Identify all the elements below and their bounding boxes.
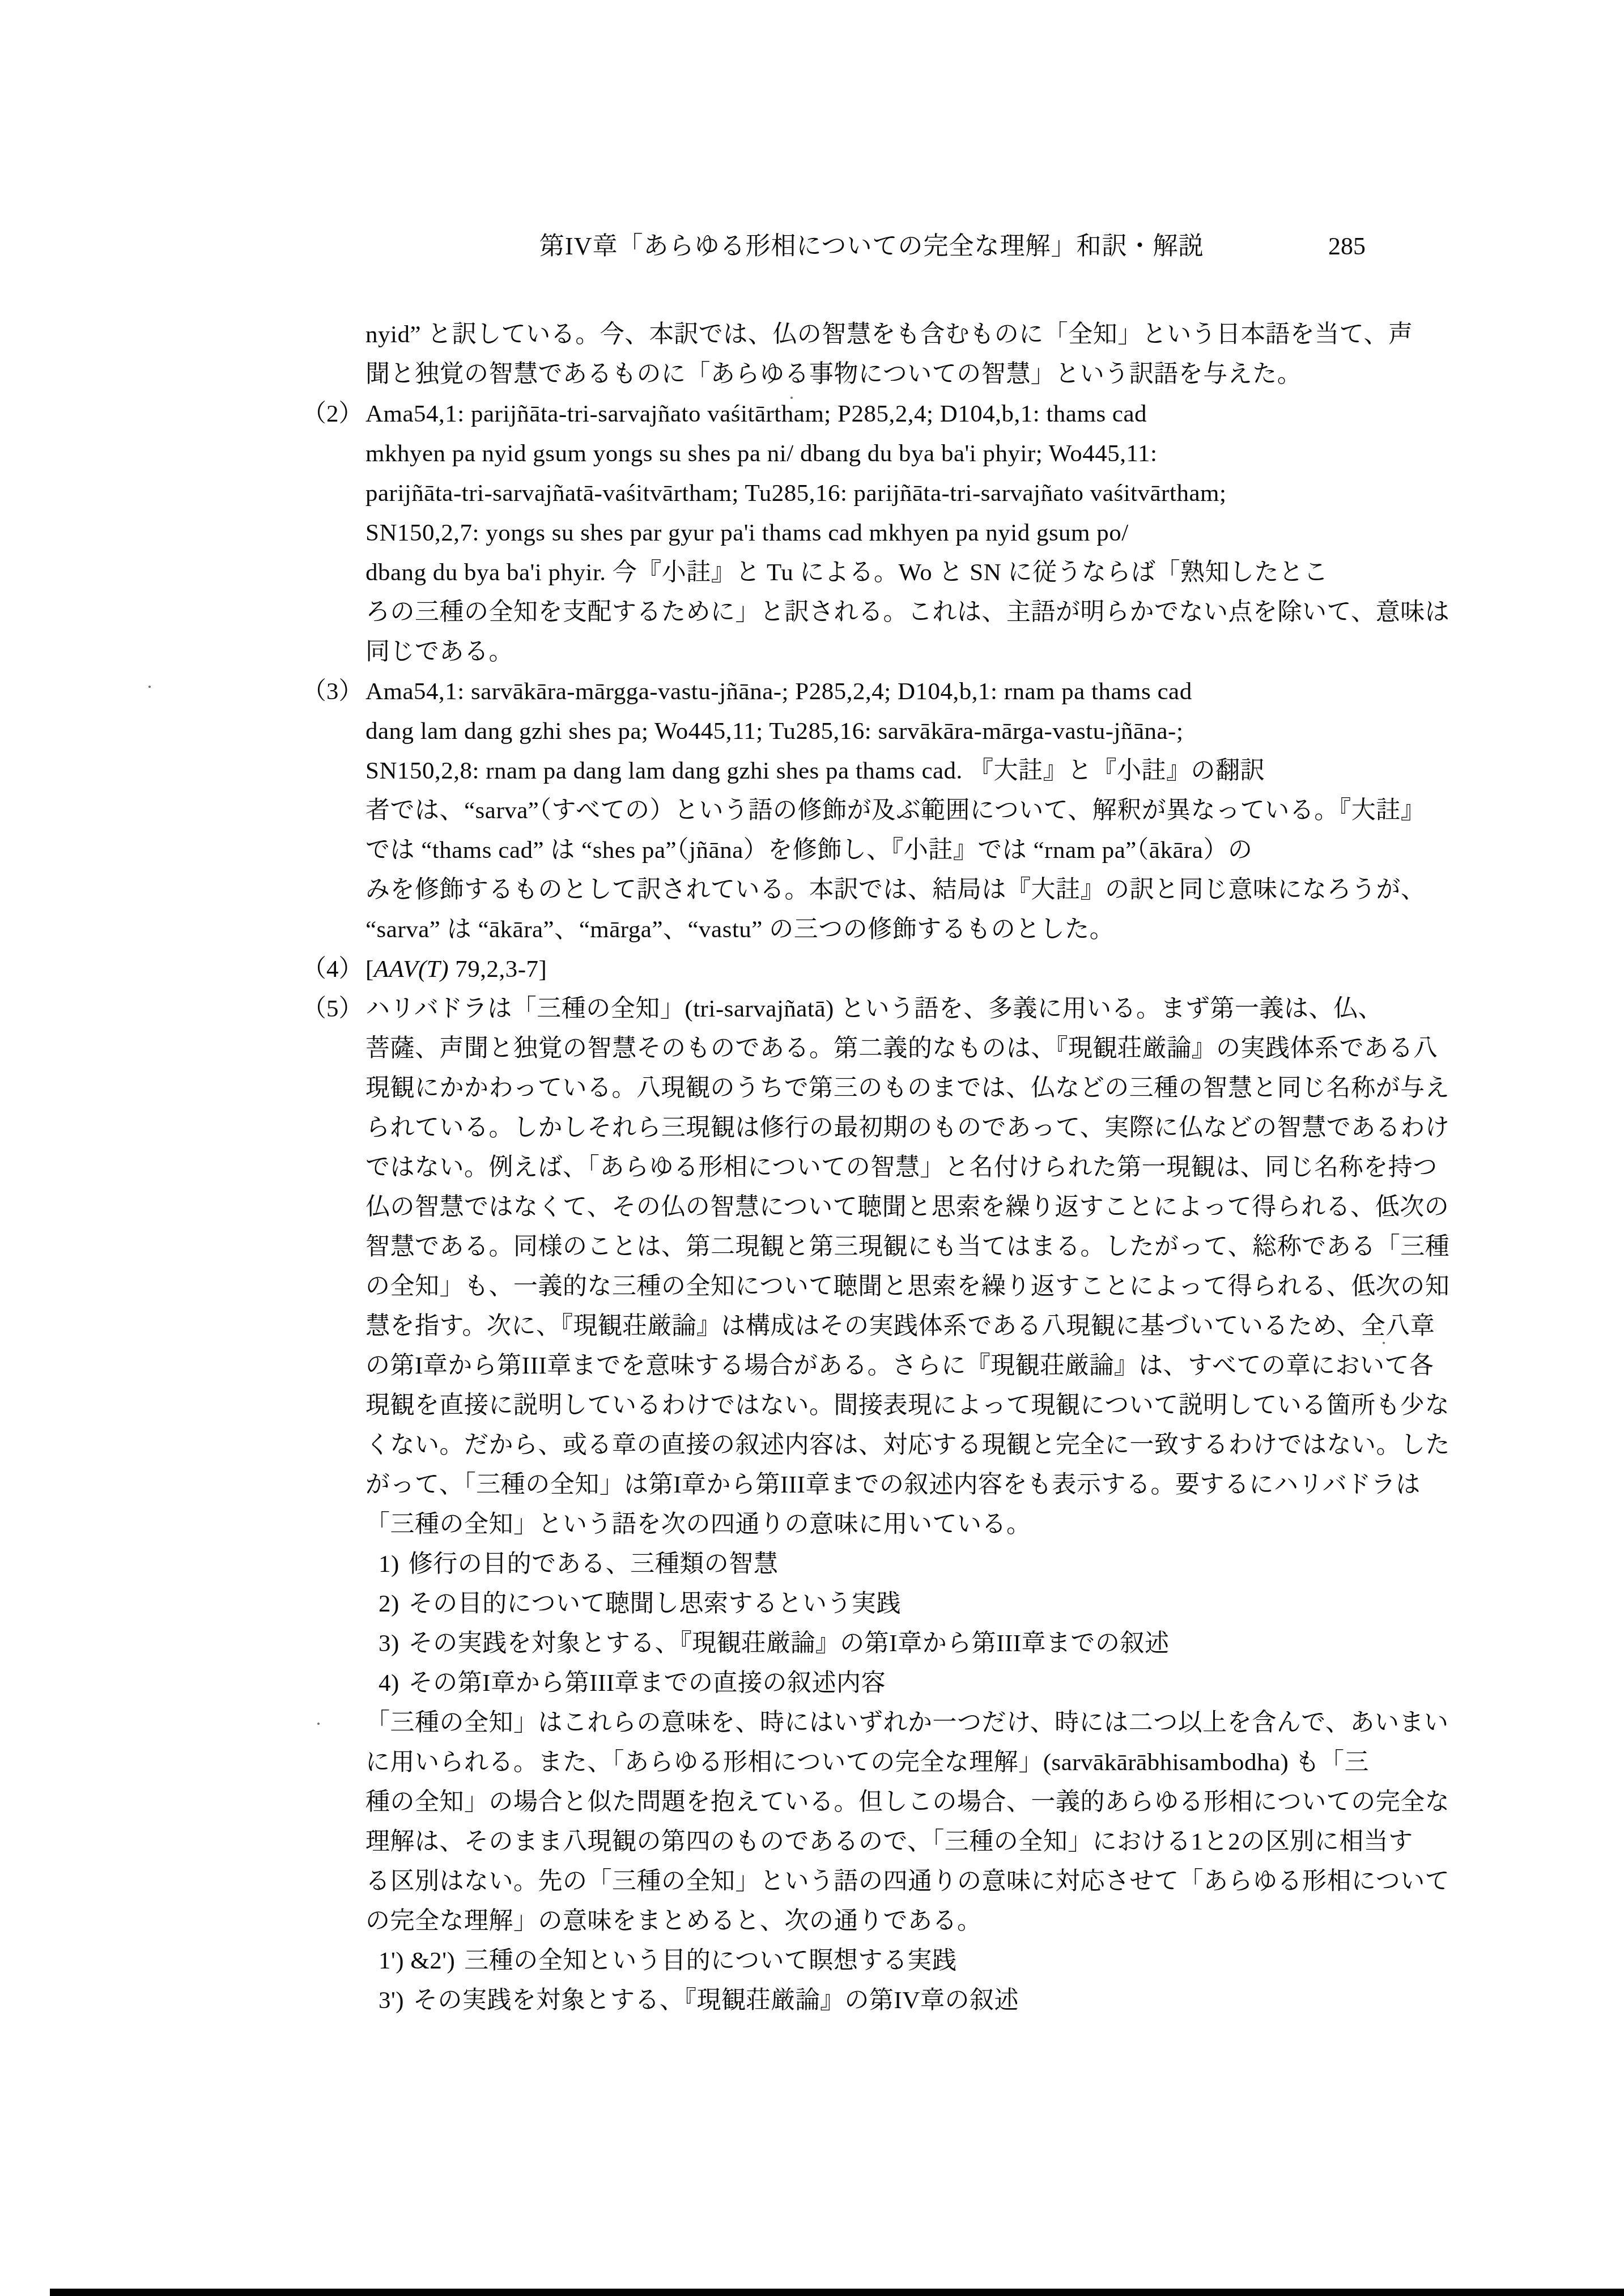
page-body: nyid” と訳している。今、本訳では、仏の智慧をも含むものに「全知」という日本… <box>0 315 1624 2021</box>
footnote1-continuation-line: nyid” と訳している。今、本訳では、仏の智慧をも含むものに「全知」という日本… <box>0 315 1624 355</box>
footnote3-line: “sarva” は “ākāra”、“mārga”、“vastu” の三つの修飾… <box>0 910 1624 950</box>
footnote5-line: 智慧である。同様のことは、第二現観と第三現観にも当てはまる。したがって、総称であ… <box>0 1227 1624 1267</box>
footnote2-line: dbang du bya ba'i phyir. 今『小註』と Tu による。W… <box>0 553 1624 593</box>
footnote3-line: （3）Ama54,1: sarvākāra-mārgga-vastu-jñāna… <box>0 672 1624 712</box>
footnote3-line: 者では、“sarva”（すべての）という語の修飾が及ぶ範囲について、解釈が異なっ… <box>0 791 1624 831</box>
closing-paragraph-line: 理解は、そのまま八現観の第四のものであるので、「三種の全知」における1と2の区別… <box>0 1822 1624 1862</box>
footnote5-line: がって、「三種の全知」は第I章から第III章までの叙述内容をも表示する。要するに… <box>0 1465 1624 1505</box>
footnote4-line: （4）[AAV(T) 79,2,3-7] <box>0 950 1624 989</box>
meaning-list-number: 4) <box>379 1664 399 1703</box>
footnote3-line: dang lam dang gzhi shes pa; Wo445,11; Tu… <box>0 712 1624 751</box>
closing-paragraph-line: 種の全知」の場合と似た問題を抱えている。但しこの場合、一義的あらゆる形相について… <box>0 1783 1624 1822</box>
footnote3-line: SN150,2,8: rnam pa dang lam dang gzhi sh… <box>0 751 1624 791</box>
scan-speck <box>148 686 151 688</box>
footnote5-line: くない。だから、或る章の直接の叙述内容は、対応する現観と完全に一致するわけではな… <box>0 1426 1624 1465</box>
meaning-list-item: 4)その第I章から第III章までの直接の叙述内容 <box>0 1664 1624 1703</box>
footnote2-label: （2） <box>302 394 363 434</box>
meaning-list-number: 2) <box>379 1584 399 1624</box>
meaning-list-text: 修行の目的である、三種類の智慧 <box>409 1551 779 1578</box>
chapter-title: 第IV章「あらゆる形相についての完全な理解」和訳・解説 <box>539 229 1204 264</box>
meaning-list-item: 1)修行の目的である、三種類の智慧 <box>0 1545 1624 1584</box>
scan-speck <box>790 397 793 399</box>
primed-list-number: 1') &2') <box>379 1941 455 1981</box>
primed-list-number: 3') <box>379 1981 404 2021</box>
footnote2-line: 同じである。 <box>0 632 1624 672</box>
primed-list-text: その実践を対象とする、『現観荘厳論』の第IV章の叙述 <box>413 1987 1019 2014</box>
footnote5-line: の第I章から第III章までを意味する場合がある。さらに『現観荘厳論』は、すべての… <box>0 1346 1624 1386</box>
meaning-list-number: 3) <box>379 1624 399 1664</box>
footnote2-line: SN150,2,7: yongs su shes par gyur pa'i t… <box>0 513 1624 553</box>
primed-list-item: 3')その実践を対象とする、『現観荘厳論』の第IV章の叙述 <box>0 1981 1624 2021</box>
meaning-list-text: その第I章から第III章までの直接の叙述内容 <box>409 1670 886 1697</box>
closing-paragraph-line: 「三種の全知」はこれらの意味を、時にはいずれか一つだけ、時には二つ以上を含んで、… <box>0 1703 1624 1743</box>
scanned-paper-page: 第IV章「あらゆる形相についての完全な理解」和訳・解説 285 nyid” と訳… <box>0 0 1624 2296</box>
closing-paragraph-line: る区別はない。先の「三種の全知」という語の四通りの意味に対応させて「あらゆる形相… <box>0 1862 1624 1902</box>
meaning-list-number: 1) <box>379 1545 399 1584</box>
meaning-list-item: 2)その目的について聴聞し思索するという実践 <box>0 1584 1624 1624</box>
footnote5-line: 現観にかかわっている。八現観のうちで第三のものまでは、仏などの三種の智慧と同じ名… <box>0 1069 1624 1108</box>
footnote5-line: 仏の智慧ではなくて、その仏の智慧について聴聞と思索を繰り返すことによって得られる… <box>0 1188 1624 1227</box>
footnote2-line: ろの三種の全知を支配するために」と訳される。これは、主語が明らかでない点を除いて… <box>0 593 1624 632</box>
footnote3-line: みを修飾するものとして訳されている。本訳では、結局は『大註』の訳と同じ意味になろ… <box>0 870 1624 910</box>
meaning-list-text: その実践を対象とする、『現観荘厳論』の第I章から第III章までの叙述 <box>409 1630 1170 1657</box>
footnote2-line: （2）Ama54,1: parijñāta-tri-sarvajñato vaś… <box>0 394 1624 434</box>
footnote4-citation: 79,2,3-7] <box>449 956 547 983</box>
footnote5-line: 「三種の全知」という語を次の四通りの意味に用いている。 <box>0 1505 1624 1545</box>
footnote3-text: Ama54,1: sarvākāra-mārgga-vastu-jñāna-; … <box>365 678 1192 705</box>
footnote5-line: られている。しかしそれら三現観は修行の最初期のものであって、実際に仏などの智慧で… <box>0 1108 1624 1148</box>
footnote4-bracket: [ <box>365 956 374 983</box>
scan-artifact-bottom-edge <box>50 2289 1624 2296</box>
primed-list-text: 三種の全知という目的について瞑想する実践 <box>464 1948 956 1974</box>
footnote5-line: 菩薩、声聞と独覚の智慧そのものである。第二義的なものは、『現観荘厳論』の実践体系… <box>0 1029 1624 1069</box>
footnote3-line: では “thams cad” は “shes pa”（jñāna）を修飾し、『小… <box>0 831 1624 870</box>
scan-speck <box>317 1723 320 1725</box>
footnote5-line: ではない。例えば、「あらゆる形相についての智慧」と名付けられた第一現観は、同じ名… <box>0 1148 1624 1188</box>
footnote5-line: （5）ハリバドラは「三種の全知」(tri-sarvajñatā) という語を、多… <box>0 989 1624 1029</box>
footnote4-label: （4） <box>302 950 363 989</box>
footnote2-line: parijñāta-tri-sarvajñatā-vaśitvārtham; T… <box>0 474 1624 513</box>
page-number: 285 <box>1328 229 1366 264</box>
footnote2-text: Ama54,1: parijñāta-tri-sarvajñato vaśitā… <box>365 401 1147 427</box>
scan-speck <box>1383 1342 1385 1344</box>
footnote3-label: （3） <box>302 672 363 712</box>
running-head: 第IV章「あらゆる形相についての完全な理解」和訳・解説 285 <box>0 229 1624 264</box>
closing-paragraph-line: に用いられる。また、「あらゆる形相についての完全な理解」(sarvākārābh… <box>0 1743 1624 1783</box>
primed-list-item: 1') &2')三種の全知という目的について瞑想する実践 <box>0 1941 1624 1981</box>
footnote5-line: 慧を指す。次に、『現観荘厳論』は構成はその実践体系である八現観に基づいているため… <box>0 1307 1624 1346</box>
footnote4-reference: AAV(T) <box>374 956 449 983</box>
footnote5-line: の全知」も、一義的な三種の全知について聴聞と思索を繰り返すことによって得られる、… <box>0 1267 1624 1307</box>
footnote5-label: （5） <box>302 989 363 1029</box>
footnote2-line: mkhyen pa nyid gsum yongs su shes pa ni/… <box>0 434 1624 474</box>
meaning-list-text: その目的について聴聞し思索するという実践 <box>409 1591 901 1617</box>
footnote5-line: 現観を直接に説明しているわけではない。間接表現によって現観について説明している箇… <box>0 1386 1624 1426</box>
footnote1-continuation-line: 聞と独覚の智慧であるものに「あらゆる事物についての智慧」という訳語を与えた。 <box>0 355 1624 394</box>
closing-paragraph-line: の完全な理解」の意味をまとめると、次の通りである。 <box>0 1902 1624 1941</box>
footnote5-text: ハリバドラは「三種の全知」(tri-sarvajñatā) という語を、多義に用… <box>365 996 1383 1022</box>
meaning-list-item: 3)その実践を対象とする、『現観荘厳論』の第I章から第III章までの叙述 <box>0 1624 1624 1664</box>
